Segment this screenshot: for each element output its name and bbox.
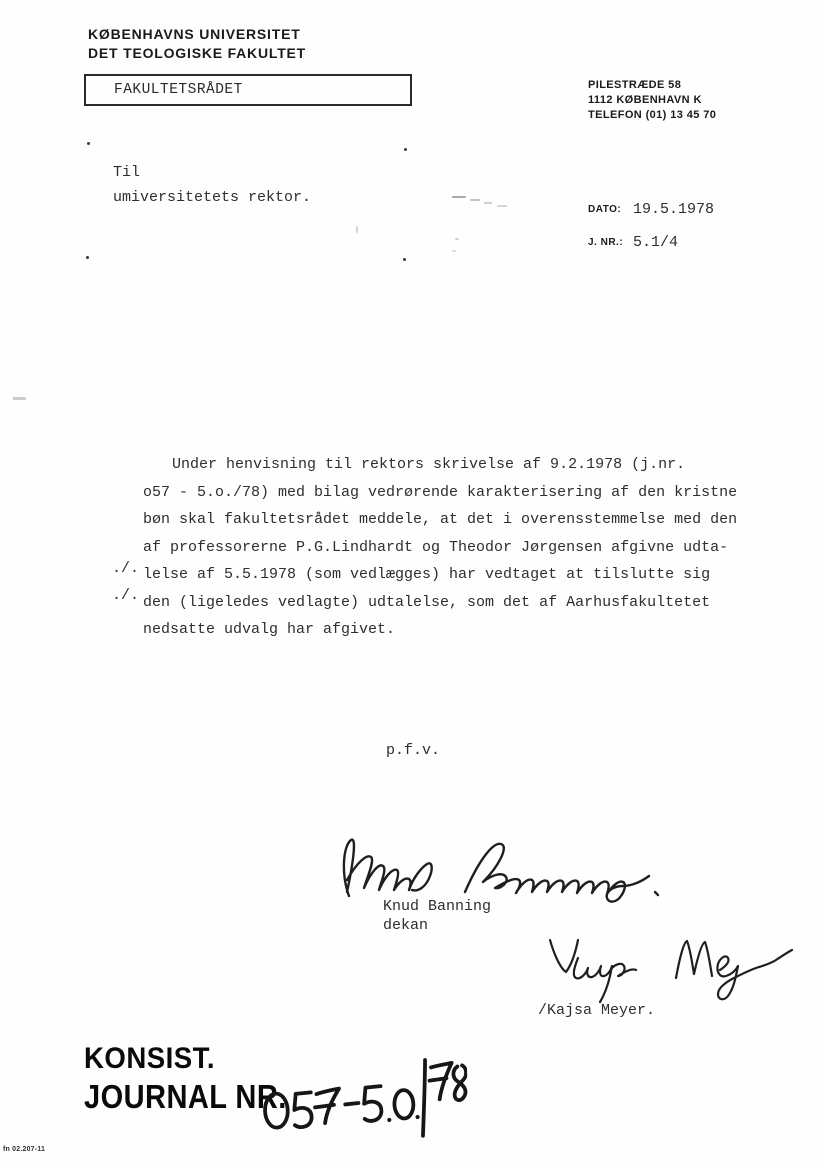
margin-mark-artifact (13, 397, 26, 400)
body-line: lelse af 5.5.1978 (som vedlægges) har ve… (143, 561, 763, 589)
form-number: fn 02.207-11 (3, 1146, 45, 1153)
faculty-council-label: FAKULTETSRÅDET (114, 82, 243, 98)
konsist-stamp-line1: KONSIST. (84, 1042, 215, 1076)
recipient-block: Til umiversitetets rektor. (113, 160, 311, 210)
address-street: PILESTRÆDE 58 (588, 78, 716, 93)
letterhead: KØBENHAVNS UNIVERSITET DET TEOLOGISKE FA… (88, 25, 306, 63)
enclosure-mark: ./. (112, 560, 142, 577)
pencil-smudge (484, 202, 492, 204)
signer-name-block: Knud Banning dekan (383, 897, 491, 935)
faculty-name: DET TEOLOGISKE FAKULTET (88, 44, 306, 63)
faculty-council-box: FAKULTETSRÅDET (84, 74, 412, 106)
handwritten-journal-number (259, 1052, 470, 1147)
scan-dot (403, 258, 406, 261)
enclosure-mark: ./. (112, 587, 142, 604)
scan-dot (86, 256, 89, 259)
address-block: PILESTRÆDE 58 1112 KØBENHAVN K TELEFON (… (588, 78, 716, 123)
scanned-letter-page: KØBENHAVNS UNIVERSITET DET TEOLOGISKE FA… (0, 0, 826, 1169)
pfv-closing: p.f.v. (386, 742, 440, 759)
pencil-smudge (470, 199, 480, 201)
recipient-name: umiversitetets rektor. (113, 185, 311, 210)
body-line: bøn skal fakultetsrådet meddele, at det … (143, 506, 763, 534)
signer-name: Knud Banning (383, 897, 491, 916)
address-city: 1112 KØBENHAVN K (588, 93, 716, 108)
address-phone: TELEFON (01) 13 45 70 (588, 108, 716, 123)
pencil-smudge (356, 226, 358, 233)
scan-dot (87, 142, 90, 145)
secondary-signer-name: /Kajsa Meyer. (538, 1002, 655, 1019)
konsist-stamp-line2: JOURNAL NR. (84, 1078, 287, 1116)
body-line: af professorerne P.G.Lindhardt og Theodo… (143, 534, 763, 562)
body-line: nedsatte udvalg har afgivet. (143, 616, 763, 644)
pencil-smudge (497, 205, 507, 207)
body-line: den (ligeledes vedlagte) udtalelse, som … (143, 589, 763, 617)
pencil-smudge (452, 250, 456, 252)
letter-body: Under henvisning til rektors skrivelse a… (143, 451, 763, 644)
date-label: DATO: (588, 204, 621, 215)
date-value: 19.5.1978 (633, 201, 714, 218)
university-name: KØBENHAVNS UNIVERSITET (88, 25, 306, 44)
journal-number-label: J. NR.: (588, 237, 623, 248)
pencil-smudge (452, 196, 466, 198)
signer-title: dekan (383, 916, 491, 935)
kajsa-meyer-signature (538, 928, 803, 1008)
body-line: Under henvisning til rektors skrivelse a… (143, 451, 763, 479)
body-line: o57 - 5.o./78) med bilag vedrørende kara… (143, 479, 763, 507)
pencil-smudge (455, 238, 459, 240)
recipient-to: Til (113, 160, 311, 185)
scan-dot (404, 148, 407, 151)
journal-number-value: 5.1/4 (633, 234, 678, 251)
